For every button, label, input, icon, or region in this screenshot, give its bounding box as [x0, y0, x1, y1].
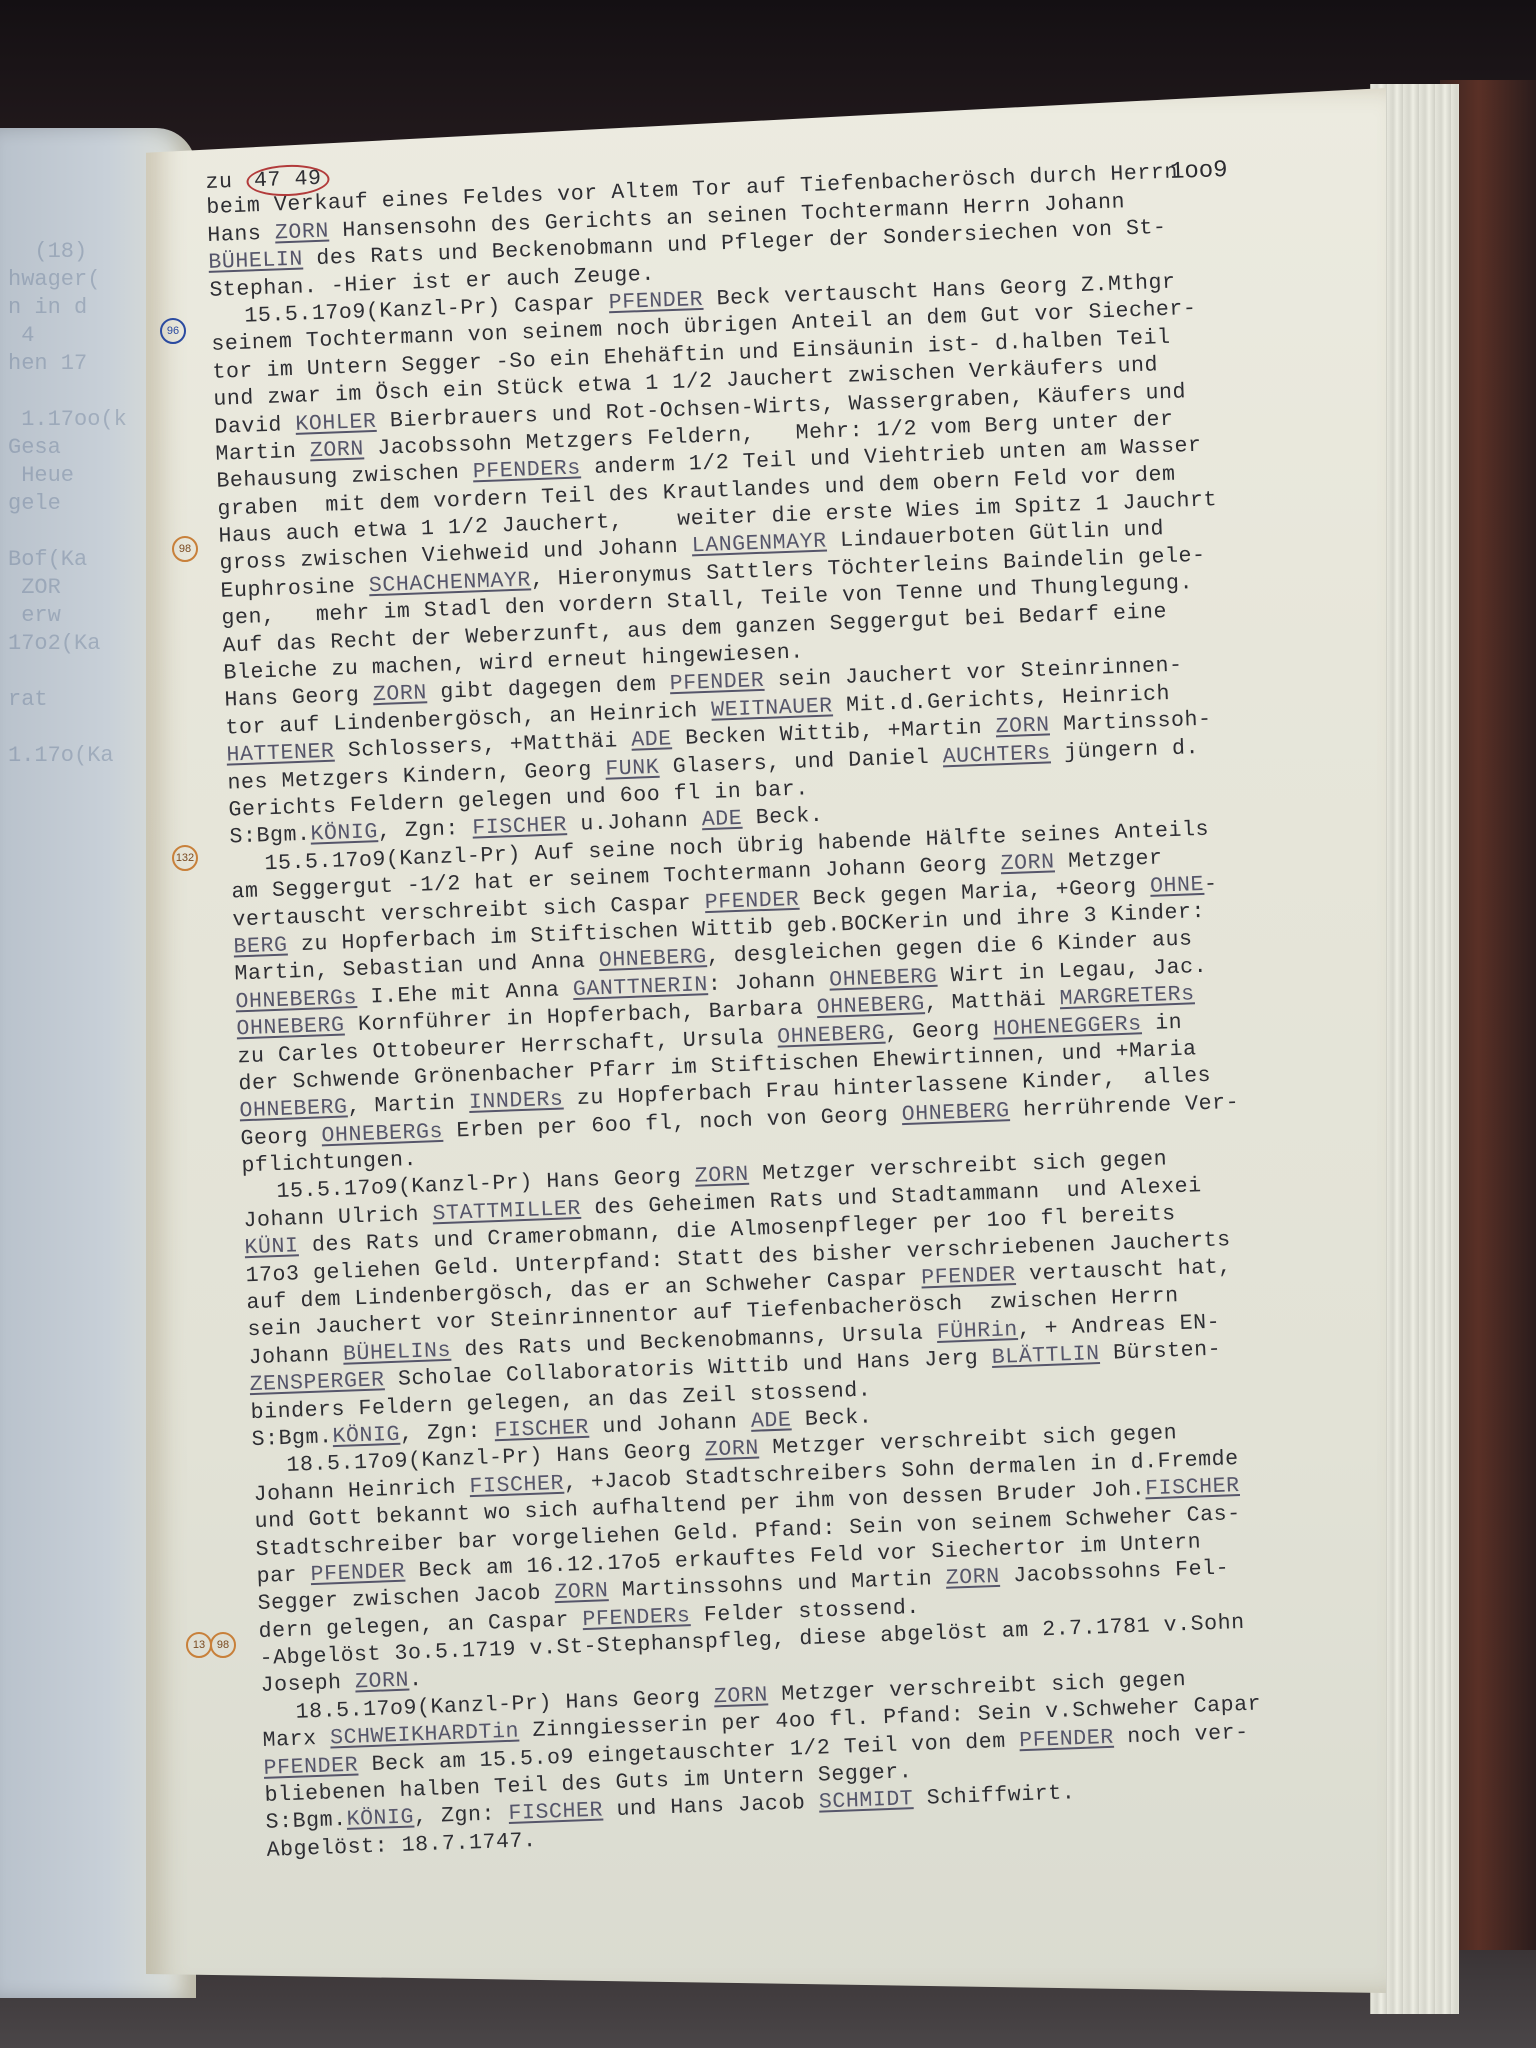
- margin-note-2: 98: [172, 536, 198, 562]
- typewritten-text: zu 47 49beim Verkauf eines Feldes vor Al…: [205, 124, 1466, 1865]
- reference-label: zu: [205, 170, 246, 195]
- margin-note-3: 132: [172, 845, 198, 871]
- margin-note-5: 98: [210, 1632, 236, 1658]
- margin-note-1: 96: [160, 318, 186, 344]
- margin-note-4: 13: [186, 1632, 212, 1658]
